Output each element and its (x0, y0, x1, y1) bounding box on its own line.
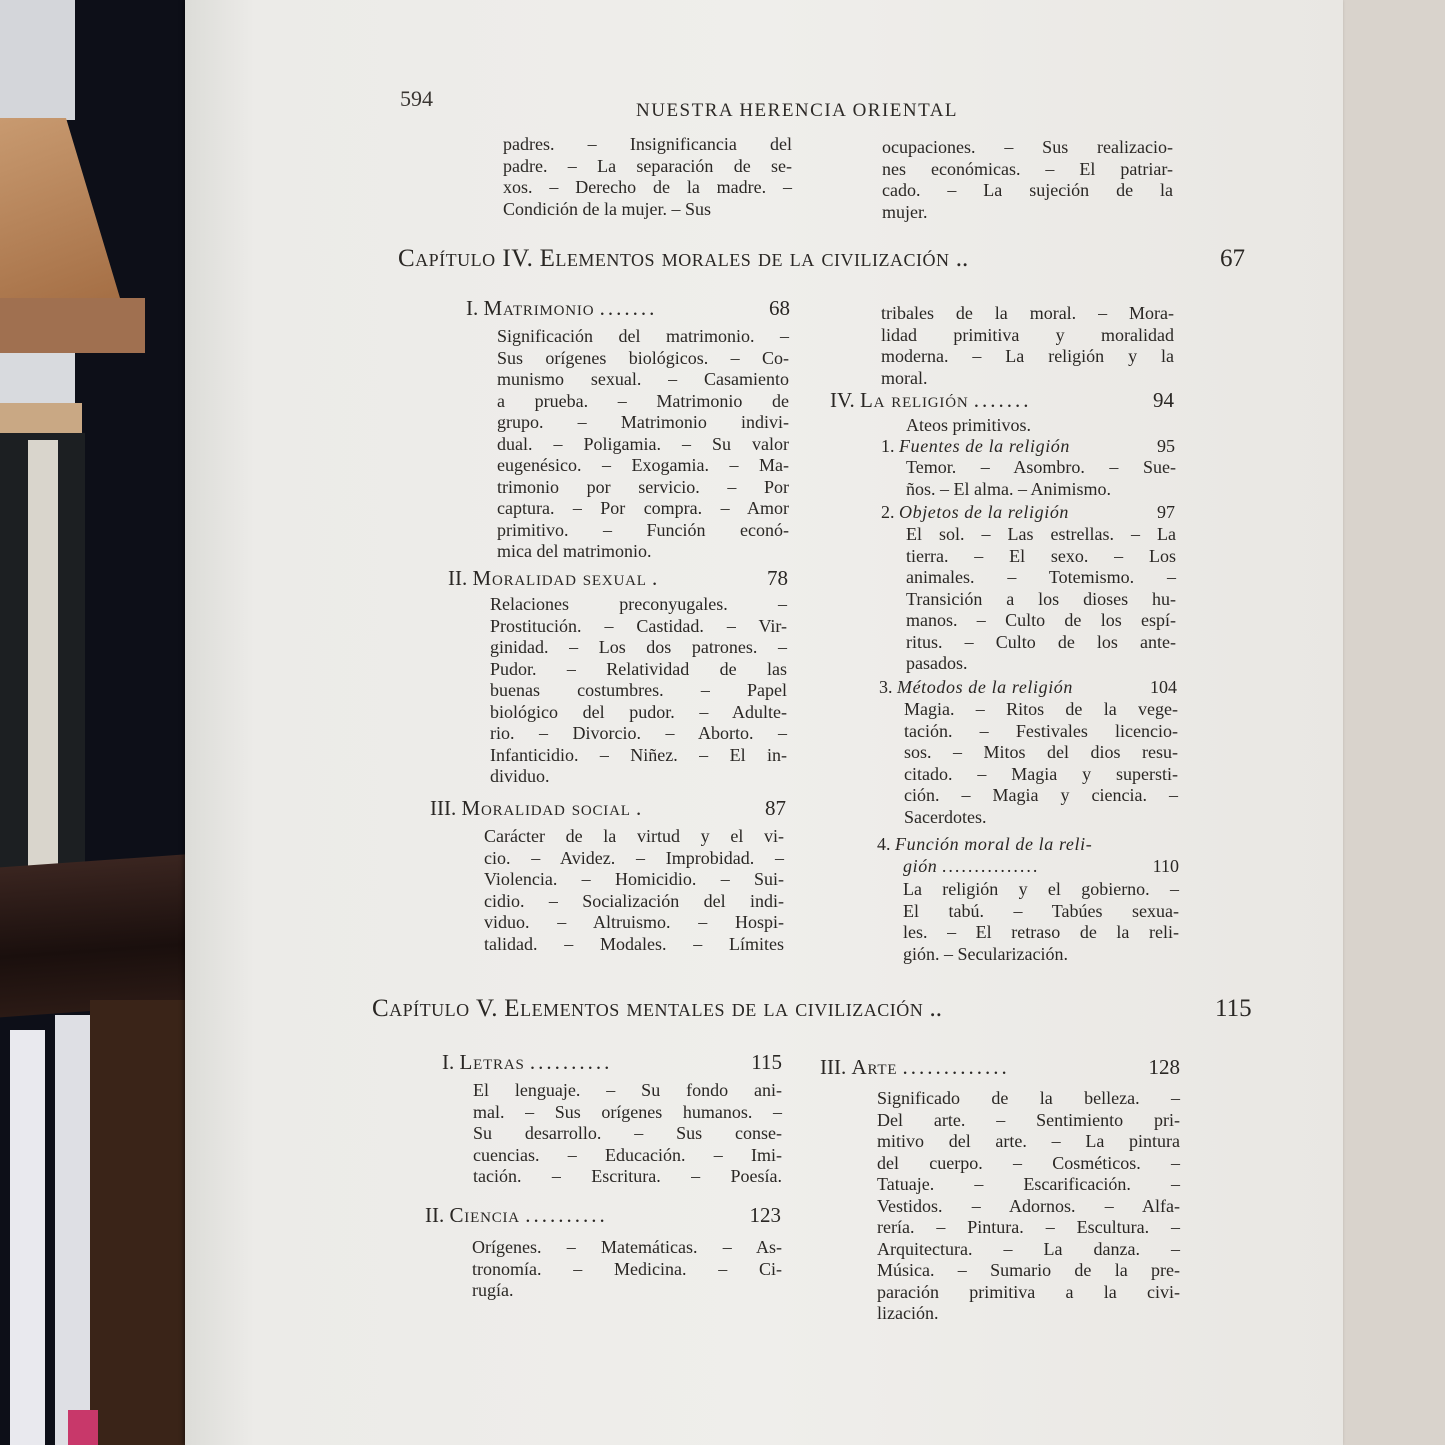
chapter-heading: Capítulo V. Elementos mentales de la civ… (372, 995, 1262, 1023)
toc-section: II. Ciencia .......... 123 (425, 1203, 781, 1228)
toc-subsection-cont: gión ............... 110 (903, 856, 1179, 877)
section-page: 68 (769, 296, 790, 321)
toc-section: I. Matrimonio ....... 68 (466, 296, 790, 321)
section-page: 128 (1149, 1055, 1181, 1080)
section-summary: Carácter de la virtud y el vi- cio. – Av… (484, 826, 784, 955)
section-summary: El lenguaje. – Su fondo ani- mal. – Sus … (473, 1080, 782, 1188)
running-head: NUESTRA HERENCIA ORIENTAL (636, 100, 958, 122)
section-summary: Significado de la belleza. – Del arte. –… (877, 1088, 1180, 1325)
section-summary: Orígenes. – Matemáticas. – As- tronomía.… (472, 1237, 782, 1302)
toc-subsection: 3. Métodos de la religión 104 (879, 677, 1177, 698)
section-summary: Relaciones preconyugales. – Prostitución… (490, 594, 787, 788)
section-summary: Ateos primitivos. (906, 415, 1174, 437)
subsection-summary: Temor. – Asombro. – Sue- ños. – El alma.… (906, 457, 1176, 500)
page-number: 594 (400, 86, 433, 112)
section-page: 94 (1153, 388, 1174, 413)
chapter-page: 115 (1215, 995, 1252, 1023)
toc-section: II. Moralidad sexual . 78 (448, 566, 788, 591)
section-page: 78 (767, 566, 788, 591)
toc-subsection: 4. Función moral de la reli- (877, 834, 1179, 855)
toc-section: III. Moralidad social . 87 (430, 796, 786, 821)
section-page: 87 (765, 796, 786, 821)
chapter-heading: Capítulo IV. Elementos morales de la civ… (398, 245, 1250, 273)
section-page: 123 (750, 1203, 782, 1228)
toc-section: III. Arte ............. 128 (820, 1055, 1180, 1080)
toc-section: I. Letras .......... 115 (442, 1050, 782, 1075)
toc-section: IV. La religión ....... 94 (830, 388, 1174, 413)
toc-subsection: 1. Fuentes de la religión 95 (881, 436, 1175, 457)
continuation-left: padres. – Insignificancia del padre. – L… (503, 134, 792, 220)
subsection-summary: La religión y el gobierno. – El tabú. – … (903, 879, 1179, 965)
section-summary-continued: tribales de la moral. – Mora- lidad prim… (881, 303, 1174, 389)
subsection-summary: El sol. – Las estrellas. – La tierra. – … (906, 524, 1176, 675)
chapter-page: 67 (1220, 245, 1245, 273)
subsection-summary: Magia. – Ritos de la vege- tación. – Fes… (904, 699, 1178, 828)
facing-page-edge (1340, 0, 1445, 1445)
continuation-right: ocupaciones. – Sus realizacio- nes econó… (882, 137, 1173, 223)
section-page: 115 (751, 1050, 782, 1075)
toc-subsection: 2. Objetos de la religión 97 (881, 502, 1175, 523)
section-summary: Significación del matrimonio. – Sus oríg… (497, 326, 789, 563)
